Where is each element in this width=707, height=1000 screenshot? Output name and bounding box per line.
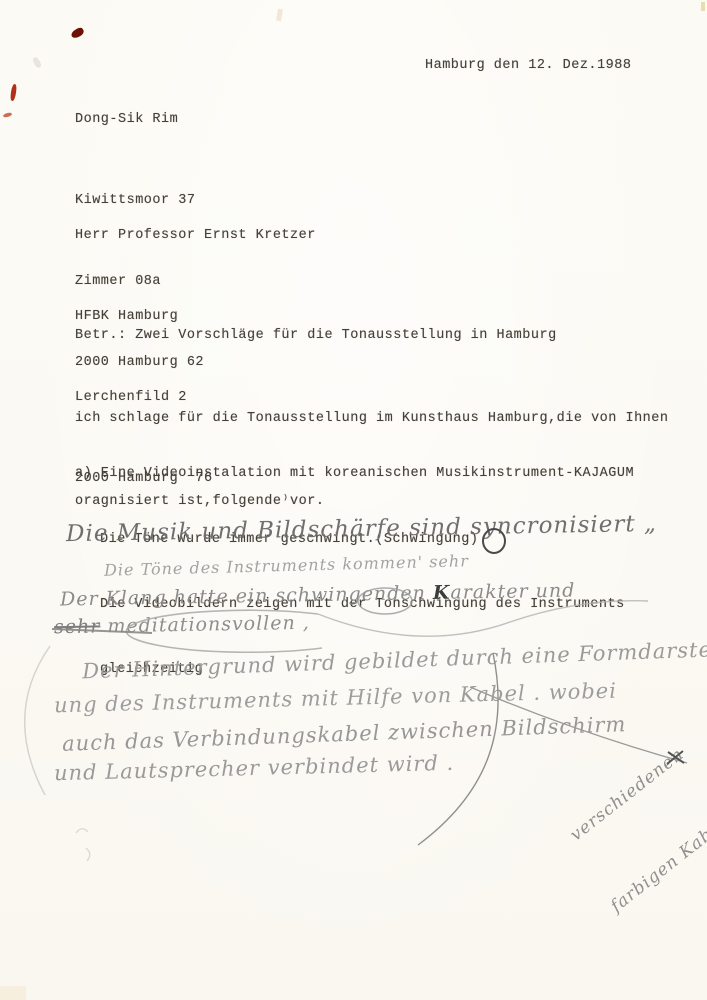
- sender-line: Dong-Sik Rim: [75, 106, 204, 133]
- pencil-smudge: [76, 829, 90, 861]
- handwritten-line: sehr meditationsvollen ,: [54, 612, 310, 638]
- handwritten-text: arakter und: [450, 580, 575, 604]
- handwritten-correction: K: [433, 582, 451, 604]
- red-ink-speck: [10, 84, 18, 102]
- recipient-line: Herr Professor Ernst Kretzer: [75, 222, 316, 249]
- date-line: Hamburg den 12. Dez.1988: [425, 52, 631, 79]
- margin-arc: [25, 646, 50, 795]
- subject-line: Betr.: Zwei Vorschläge für die Tonausste…: [75, 322, 557, 349]
- handwritten-text: meditationsvollen ,: [100, 612, 310, 638]
- paper-blemish: [701, 2, 705, 11]
- paper-blemish: [276, 9, 283, 22]
- handwritten-line: verschiedenen: [565, 740, 693, 848]
- red-ink-speck: [70, 26, 85, 39]
- red-ink-speck: [3, 112, 13, 118]
- proposal-line: a) Eine Videoinstalation mit koreanische…: [75, 463, 634, 485]
- handwritten-line: farbigen Kabeln: [605, 804, 707, 920]
- handwritten-line: und Lautsprecher verbindet wird .: [54, 751, 455, 785]
- paper-blemish: [0, 986, 26, 1000]
- struck-word: sehr: [54, 615, 101, 638]
- paper-blemish: [32, 56, 43, 69]
- letter-page: Dong-Sik Rim Kiwittsmoor 37 Zimmer 08a 2…: [0, 0, 707, 1000]
